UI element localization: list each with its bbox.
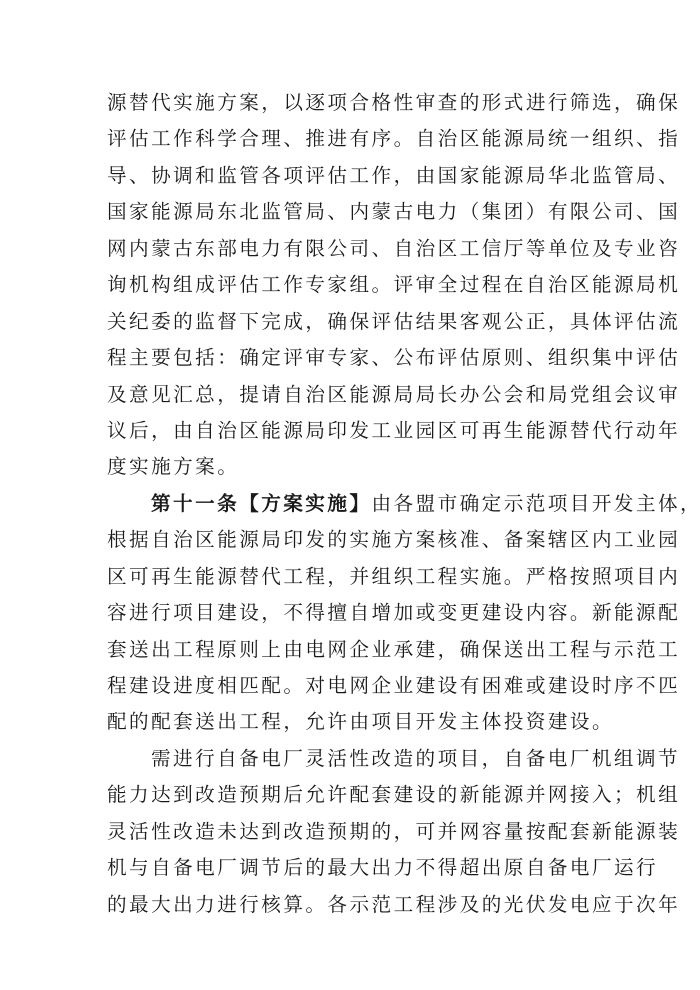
text-line: 国家能源局东北监管局、内蒙古电力（集团）有限公司、国 (107, 194, 597, 230)
text-line: 根据自治区能源局印发的实施方案核准、备案辖区内工业园 (107, 522, 597, 558)
text-line: 关纪委的监督下完成，确保评估结果客观公正，具体评估流 (107, 304, 597, 340)
text-line: 度实施方案。 (107, 449, 597, 485)
text-line: 评估工作科学合理、推进有序。自治区能源局统一组织、指 (107, 121, 597, 157)
text-line: 源替代实施方案，以逐项合格性审查的形式进行筛选，确保 (107, 85, 597, 121)
text-line: 的最大出力进行核算。各示范工程涉及的光伏发电应于次年 (107, 887, 597, 923)
article-heading: 第十一条【方案实施】 (151, 492, 371, 515)
paragraph-evaluation-process: 源替代实施方案，以逐项合格性审查的形式进行筛选，确保 评估工作科学合理、推进有序… (107, 85, 597, 486)
text-line: 能力达到改造预期后允许配套建设的新能源并网接入；机组 (107, 777, 597, 813)
document-page: 源替代实施方案，以逐项合格性审查的形式进行筛选，确保 评估工作科学合理、推进有序… (107, 85, 597, 923)
text-line: 套送出工程原则上由电网企业承建，确保送出工程与示范工 (107, 632, 597, 668)
text-line: 配的配套送出工程，允许由项目开发主体投资建设。 (107, 704, 597, 740)
article-first-line-text: 由各盟市确定示范项目开发主体， (371, 492, 700, 515)
text-line: 需进行自备电厂灵活性改造的项目，自备电厂机组调节 (107, 741, 597, 777)
text-line: 询机构组成评估工作专家组。评审全过程在自治区能源局机 (107, 267, 597, 303)
text-line: 区可再生能源替代工程，并组织工程实施。严格按照项目内 (107, 559, 597, 595)
text-line: 网内蒙古东部电力有限公司、自治区工信厅等单位及专业咨 (107, 231, 597, 267)
text-line: 议后，由自治区能源局印发工业园区可再生能源替代行动年 (107, 413, 597, 449)
text-line: 机与自备电厂调节后的最大出力不得超出原自备电厂运行 (107, 850, 597, 886)
text-line: 程建设进度相匹配。对电网企业建设有困难或建设时序不匹 (107, 668, 597, 704)
text-line: 容进行项目建设，不得擅自增加或变更建设内容。新能源配 (107, 595, 597, 631)
text-line: 导、协调和监管各项评估工作，由国家能源局华北监管局、 (107, 158, 597, 194)
text-line: 及意见汇总，提请自治区能源局局长办公会和局党组会议审 (107, 377, 597, 413)
text-line: 灵活性改造未达到改造预期的，可并网容量按配套新能源装 (107, 814, 597, 850)
article-first-line: 第十一条【方案实施】由各盟市确定示范项目开发主体， (107, 486, 597, 522)
paragraph-self-owned-plant: 需进行自备电厂灵活性改造的项目，自备电厂机组调节 能力达到改造预期后允许配套建设… (107, 741, 597, 923)
text-line: 程主要包括：确定评审专家、公布评估原则、组织集中评估 (107, 340, 597, 376)
paragraph-article-11: 第十一条【方案实施】由各盟市确定示范项目开发主体， 根据自治区能源局印发的实施方… (107, 486, 597, 741)
